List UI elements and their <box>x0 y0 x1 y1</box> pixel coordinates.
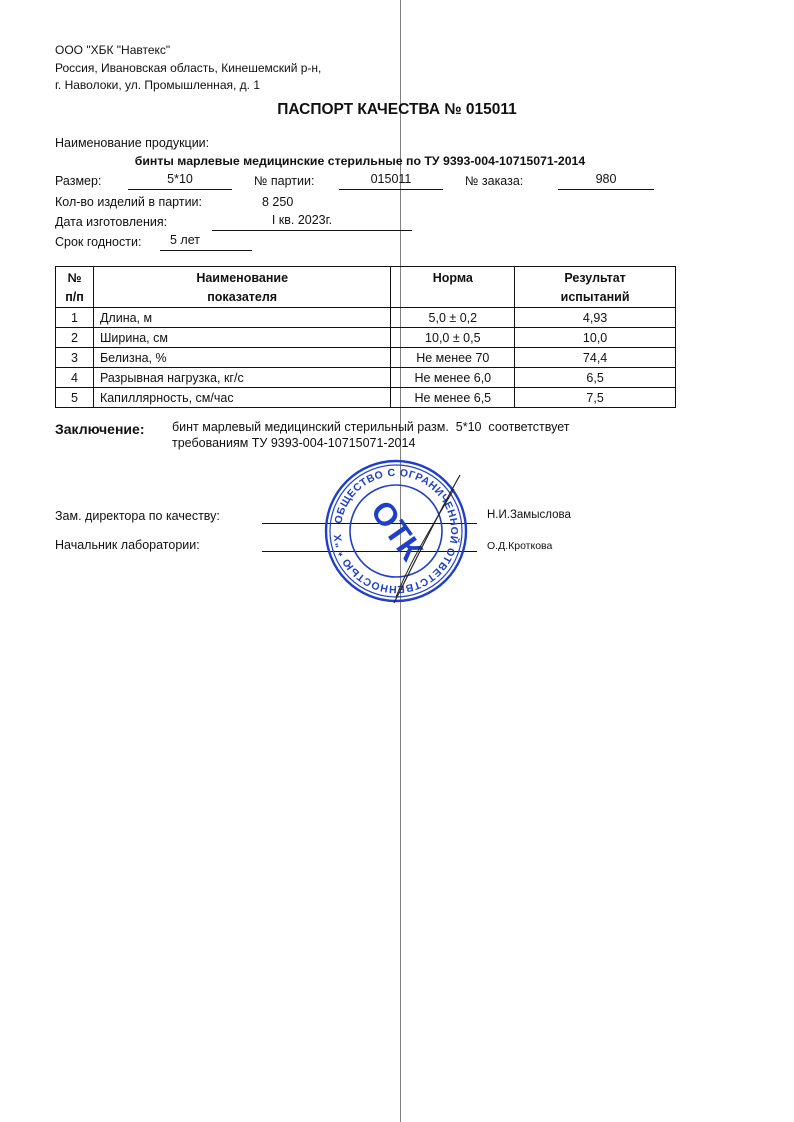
header-result-line2: испытаний <box>521 288 669 307</box>
table-row: 4Разрывная нагрузка, кг/сНе менее 6,06,5 <box>56 368 676 388</box>
batch-value: 015011 <box>339 172 443 190</box>
header-result: Результат испытаний <box>515 267 676 308</box>
header-norm-text: Норма <box>397 269 508 288</box>
manufacture-date-text: I кв. 2023г. <box>272 213 332 227</box>
svg-text:ОТК: ОТК <box>364 494 430 567</box>
table-row: 5Капиллярность, см/часНе менее 6,57,5 <box>56 388 676 408</box>
product-name-label: Наименование продукции: <box>55 136 209 150</box>
quantity-value: 8 250 <box>262 195 293 209</box>
otk-stamp-icon: ОБЩЕСТВО С ОГРАНИЧЕННОЙ ОТВЕТСТВЕННОСТЬЮ… <box>322 457 470 605</box>
row-norm: Не менее 70 <box>391 348 515 368</box>
row-result: 7,5 <box>515 388 676 408</box>
company-address-line2: г. Наволоки, ул. Промышленная, д. 1 <box>55 77 321 95</box>
manufacture-date-value: I кв. 2023г. <box>212 213 412 231</box>
quantity-label: Кол-во изделий в партии: <box>55 195 202 209</box>
header-result-line1: Результат <box>521 269 669 288</box>
header-indicator-name: Наименование показателя <box>93 267 390 308</box>
row-result: 4,93 <box>515 308 676 328</box>
row-number: 1 <box>56 308 94 328</box>
order-value: 980 <box>558 172 654 190</box>
manufacture-date-label: Дата изготовления: <box>55 215 167 229</box>
row-indicator-name: Ширина, см <box>93 328 390 348</box>
row-norm: Не менее 6,5 <box>391 388 515 408</box>
row-norm: Не менее 6,0 <box>391 368 515 388</box>
table-row: 3Белизна, %Не менее 7074,4 <box>56 348 676 368</box>
row-number: 2 <box>56 328 94 348</box>
conclusion-label: Заключение: <box>55 421 144 437</box>
row-indicator-name: Капиллярность, см/час <box>93 388 390 408</box>
signature-role-quality: Зам. директора по качеству: <box>55 509 220 523</box>
row-norm: 5,0 ± 0,2 <box>391 308 515 328</box>
size-label: Размер: <box>55 174 101 188</box>
row-result: 74,4 <box>515 348 676 368</box>
size-value: 5*10 <box>128 172 232 190</box>
row-result: 6,5 <box>515 368 676 388</box>
company-name: ООО "ХБК "Навтекс" <box>55 42 321 60</box>
table-row: 1Длина, м5,0 ± 0,24,93 <box>56 308 676 328</box>
row-number: 3 <box>56 348 94 368</box>
header-indicator-line2: показателя <box>100 288 384 307</box>
header-number-line2: п/п <box>62 288 87 307</box>
conclusion-line1: бинт марлевый медицинский стерильный раз… <box>172 419 570 435</box>
document-title: ПАСПОРТ КАЧЕСТВА № 015011 <box>0 101 794 119</box>
row-result: 10,0 <box>515 328 676 348</box>
row-indicator-name: Белизна, % <box>93 348 390 368</box>
product-name-value: бинты марлевые медицинские стерильные по… <box>0 154 720 168</box>
row-indicator-name: Длина, м <box>93 308 390 328</box>
batch-label: № партии: <box>254 174 314 188</box>
company-header: ООО "ХБК "Навтекс" Россия, Ивановская об… <box>55 42 321 95</box>
signature-name-quality: Н.И.Замыслова <box>487 509 571 521</box>
conclusion-text: бинт марлевый медицинский стерильный раз… <box>172 419 570 451</box>
signature-role-lab: Начальник лаборатории: <box>55 538 200 552</box>
row-number: 5 <box>56 388 94 408</box>
row-indicator-name: Разрывная нагрузка, кг/с <box>93 368 390 388</box>
table-row: 2Ширина, см10,0 ± 0,510,0 <box>56 328 676 348</box>
document-title-text: ПАСПОРТ КАЧЕСТВА № 015011 <box>277 101 517 118</box>
company-address-line1: Россия, Ивановская область, Кинешемский … <box>55 60 321 78</box>
header-number: № п/п <box>56 267 94 308</box>
order-label: № заказа: <box>465 174 523 188</box>
shelf-life-label: Срок годности: <box>55 235 141 249</box>
header-number-line1: № <box>62 269 87 288</box>
shelf-life-text: 5 лет <box>160 233 200 247</box>
header-norm: Норма <box>391 267 515 308</box>
row-norm: 10,0 ± 0,5 <box>391 328 515 348</box>
shelf-life-value: 5 лет <box>160 233 252 251</box>
row-number: 4 <box>56 368 94 388</box>
header-indicator-line1: Наименование <box>100 269 384 288</box>
signature-name-lab: О.Д.Кроткова <box>487 540 552 552</box>
conclusion-line2: требованиям ТУ 9393-004-10715071-2014 <box>172 435 570 451</box>
table-header-row: № п/п Наименование показателя Норма Резу… <box>56 267 676 308</box>
test-results-table: № п/п Наименование показателя Норма Резу… <box>55 266 676 408</box>
